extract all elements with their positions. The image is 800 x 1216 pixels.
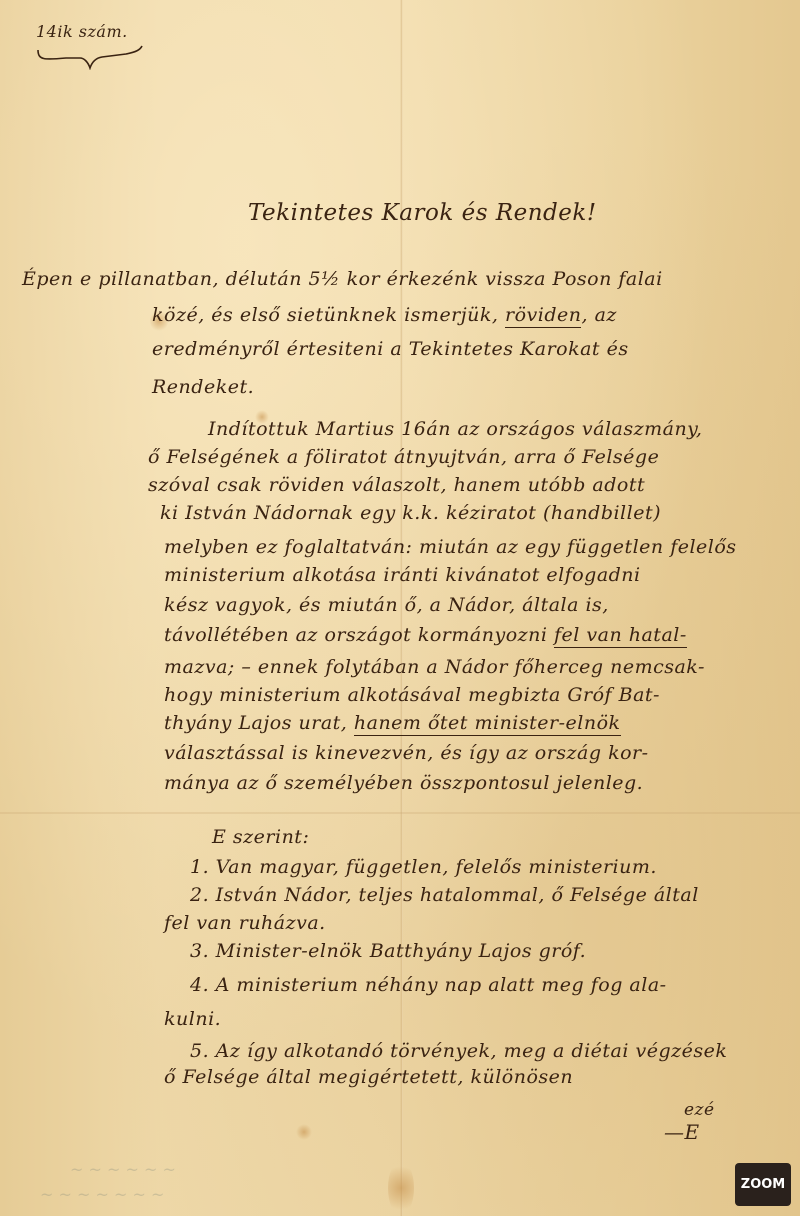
zoom-badge-label: ZOOM <box>741 1177 785 1192</box>
zoom-watermark-badge: ZOOM <box>735 1163 791 1206</box>
underlined-phrase: fel van hatal- <box>554 624 687 648</box>
manuscript-line: E szerint: <box>212 826 309 848</box>
manuscript-line: Rendeket. <box>152 376 254 398</box>
manuscript-line: 4. A ministerium néhány nap alatt meg fo… <box>190 974 667 996</box>
manuscript-line: fel van ruházva. <box>164 912 326 934</box>
signature-above: ezé <box>684 1100 715 1120</box>
manuscript-line: ő Felségének a föliratot átnyujtván, arr… <box>148 446 659 468</box>
manuscript-line: Épen e pillanatban, délután 5½ kor érkez… <box>22 268 663 290</box>
horizontal-fold-line <box>0 812 800 814</box>
faded-pencil-note: ~ ~ ~ ~ ~ ~ <box>70 1160 176 1179</box>
manuscript-line: eredményről értesiteni a Tekintetes Karo… <box>152 338 629 360</box>
manuscript-line: ministerium alkotása iránti kivánatot el… <box>164 564 641 586</box>
salutation-heading: Tekintetes Karok és Rendek! <box>248 200 597 226</box>
manuscript-line: Indítottuk Martius 16án az országos vála… <box>208 418 702 440</box>
underlined-phrase: röviden <box>505 304 581 328</box>
manuscript-line: mazva; – ennek folytában a Nádor főherce… <box>164 656 705 678</box>
manuscript-line: 3. Minister-elnök Batthyány Lajos gróf. <box>190 940 586 962</box>
manuscript-line: 1. Van magyar, független, felelős minist… <box>190 856 657 878</box>
faded-pencil-note: ~ ~ ~ ~ ~ ~ ~ <box>40 1185 164 1204</box>
manuscript-line: melyben ez foglaltatván: miután az egy f… <box>164 536 737 558</box>
manuscript-line: kulni. <box>164 1008 221 1030</box>
signature-mark: —E <box>664 1120 700 1144</box>
stain-spot <box>296 1124 312 1140</box>
brace-underline-icon <box>36 44 144 70</box>
page-number-note: 14ik szám. <box>36 22 128 41</box>
stain-spot <box>388 1160 414 1216</box>
manuscript-line: választással is kinevezvén, és így az or… <box>164 742 649 764</box>
manuscript-line: ő Felsége által megigértetett, különösen <box>164 1066 573 1088</box>
manuscript-line: mánya az ő személyében összpontosul jele… <box>164 772 643 794</box>
manuscript-line: kész vagyok, és miután ő, a Nádor, által… <box>164 594 609 616</box>
manuscript-line: szóval csak röviden válaszolt, hanem utó… <box>148 474 645 496</box>
manuscript-line: 5. Az így alkotandó törvények, meg a dié… <box>190 1040 727 1062</box>
manuscript-line: ki István Nádornak egy k.k. kéziratot (h… <box>160 502 661 524</box>
manuscript-line: távollétében az országot kormányozni fel… <box>164 624 687 646</box>
manuscript-line: 2. István Nádor, teljes hatalommal, ő Fe… <box>190 884 699 906</box>
manuscript-line: hogy ministerium alkotásával megbizta Gr… <box>164 684 660 706</box>
manuscript-line: közé, és első sietünknek ismerjük, rövid… <box>152 304 617 326</box>
underlined-phrase: hanem őtet minister-elnök <box>354 712 621 736</box>
manuscript-line: thyány Lajos urat, hanem őtet minister-e… <box>164 712 621 734</box>
